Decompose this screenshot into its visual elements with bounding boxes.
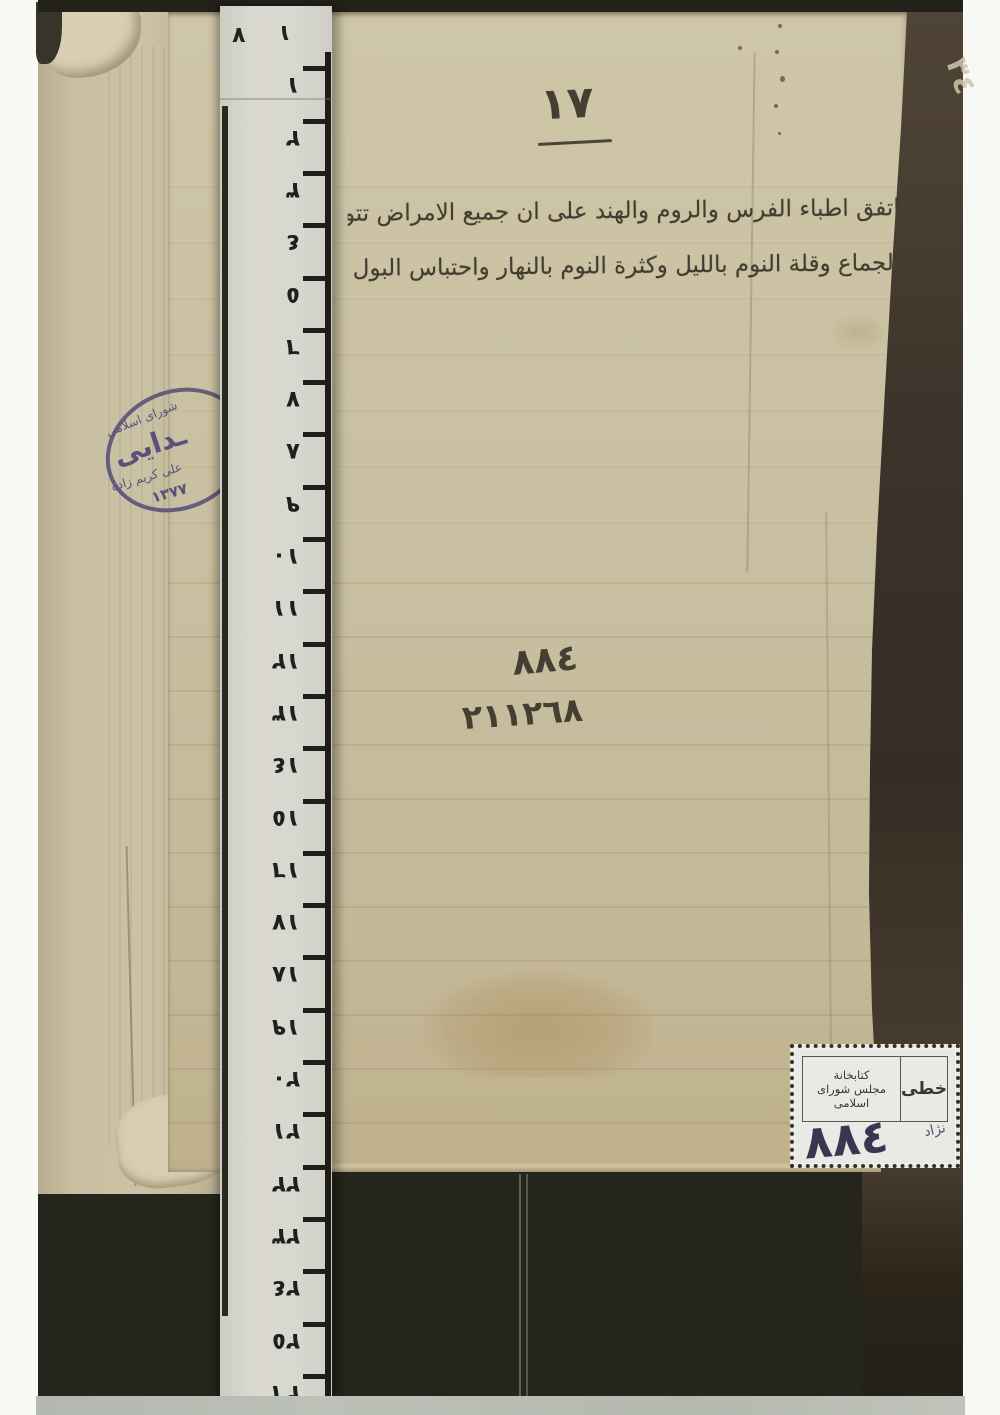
ink-speck [738, 46, 742, 50]
ink-speck [774, 104, 778, 108]
ruler-number: ١٣ [272, 700, 300, 726]
ruler-tick [303, 66, 325, 71]
paper-stain-small [828, 312, 888, 352]
ruler-tick [303, 119, 325, 124]
shelf-number-numerator: ٨٨٤ [510, 637, 579, 684]
ruler-tick [303, 1322, 325, 1327]
ruler-tick [303, 589, 325, 594]
ruler-tick [303, 276, 325, 281]
ruler-tick [303, 1217, 325, 1222]
ruler-tick [303, 432, 325, 437]
scan-bed-strip [36, 1396, 965, 1415]
ruler-number: ٥ [286, 282, 300, 308]
ruler-tick [303, 380, 325, 385]
ruler-tick [303, 903, 325, 908]
ruler-number: ٢١ [272, 1118, 300, 1144]
manuscript-scan: ١٧ اتفق اطباء الفرس والروم والهند على ان… [0, 0, 1000, 1415]
ruler: ٧ ١ ١٢٣٤٥٦٧٨٩١٠١١١٢١٣١٤١٥١٦١٧١٨١٩٢٠٢١٢٢٢… [220, 6, 332, 1415]
ruler-number: ٢٣ [272, 1223, 300, 1249]
ruler-tick [303, 851, 325, 856]
ruler-number: ٢٥ [272, 1328, 300, 1354]
label-library-line-3: اسلامی [834, 1096, 869, 1110]
ruler-tick [303, 1269, 325, 1274]
ink-speck [778, 24, 782, 28]
ruler-number: ١٠ [272, 543, 300, 569]
ruler-tick [303, 1060, 325, 1065]
ruler-number: ١٩ [272, 1014, 300, 1040]
folio-number: ١٧ [539, 77, 595, 131]
ruler-left-border [222, 106, 228, 1316]
ruler-tick [303, 485, 325, 490]
ruler-tick [303, 171, 325, 176]
ruler-tick [303, 694, 325, 699]
ruler-tick [303, 642, 325, 647]
ruler-number: ١٢ [272, 648, 300, 674]
ruler-number: ١٨ [272, 961, 300, 987]
ruler-tick [303, 537, 325, 542]
manuscript-text-line-1: اتفق اطباء الفرس والروم والهند على ان جم… [347, 181, 900, 242]
ink-speck [775, 50, 779, 54]
ruler-number: ١ [286, 72, 300, 98]
ruler-tick [303, 799, 325, 804]
ruler-top-glyph: ٧ [232, 22, 245, 47]
ruler-number: ١٤ [272, 752, 300, 778]
ruler-number: ١٦ [272, 857, 300, 883]
ruler-number: ١٥ [272, 805, 300, 831]
manuscript-text-line-2: الجماع وقلة النوم بالليل وكثرة النوم بال… [348, 236, 901, 297]
ruler-tick [303, 1112, 325, 1117]
cover-seam-light [519, 1174, 521, 1396]
library-label: خطی كتابخانة مجلس شورای اسلامی ٨٨٤ نژاد [790, 1044, 960, 1168]
ink-speck [778, 132, 781, 135]
ruler-number: ٧ [286, 386, 300, 412]
paper-stain-large [423, 972, 653, 1077]
ruler-fold-line [220, 98, 332, 100]
ruler-tick [303, 328, 325, 333]
top-cover-strip [38, 0, 963, 12]
ruler-tick [303, 955, 325, 960]
ruler-right-border [325, 52, 331, 1407]
ruler-number: ٢٠ [272, 1066, 300, 1092]
ruler-number: ٣ [286, 177, 300, 203]
ruler-number: ٢٢ [272, 1171, 300, 1197]
ruler-number: ٢٤ [272, 1275, 300, 1301]
ruler-number: ٦ [286, 334, 300, 360]
ruler-tick [303, 1008, 325, 1013]
manuscript-text-block: اتفق اطباء الفرس والروم والهند على ان جم… [347, 181, 900, 305]
ruler-number: ١١ [272, 595, 300, 621]
ruler-tick [303, 1165, 325, 1170]
ruler-number: ٨ [286, 438, 300, 464]
ruler-number: ٢ [286, 125, 300, 151]
ruler-tick [303, 1374, 325, 1379]
ruler-tick [303, 223, 325, 228]
label-number: ٨٨٤ [802, 1108, 891, 1169]
label-library-line-1: كتابخانة [834, 1068, 870, 1082]
ruler-number: ٤ [286, 229, 300, 255]
ruler-top-glyph: ١ [278, 20, 291, 45]
label-type-cell: خطی [900, 1057, 947, 1121]
label-handwritten-note: نژاد [923, 1120, 948, 1140]
ruler-tick [303, 746, 325, 751]
ruler-number: ١٧ [272, 909, 300, 935]
cover-seam-dark [526, 1174, 528, 1396]
label-library-line-2: مجلس شورای [817, 1082, 886, 1096]
ruler-number: ٩ [286, 491, 300, 517]
ink-speck [780, 76, 785, 82]
